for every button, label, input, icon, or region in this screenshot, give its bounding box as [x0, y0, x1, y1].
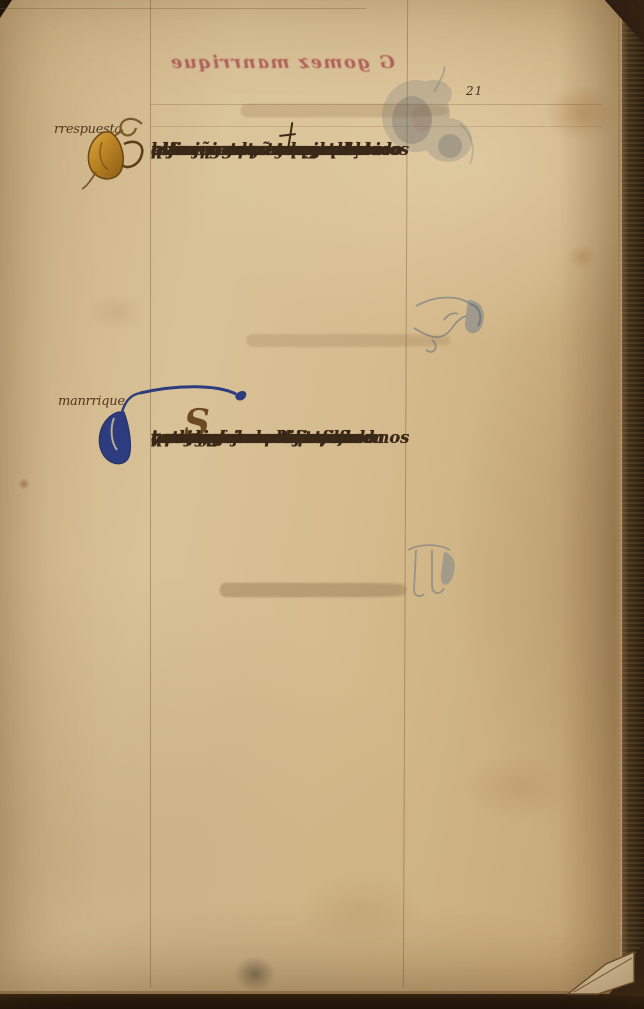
showthrough-line — [222, 585, 384, 595]
grey-letter-mark — [402, 538, 464, 602]
folded-corner — [564, 948, 640, 996]
showthrough-line — [248, 336, 400, 345]
showthrough-line — [222, 585, 406, 595]
page-edge-shadow — [560, 0, 618, 1009]
showthrough-line — [248, 336, 430, 345]
folio-number: 21 — [466, 84, 483, 98]
showthrough-line — [222, 585, 394, 595]
grey-flourish-mark — [408, 284, 504, 360]
showthrough-line — [222, 585, 398, 595]
showthrough-line — [248, 336, 370, 345]
manuscript-page: G gomez manrrique 21 rrespuesta — [0, 0, 644, 1009]
showthrough-line — [248, 336, 410, 345]
showthrough-line — [222, 585, 374, 595]
smudge — [234, 956, 276, 992]
stain — [462, 752, 572, 822]
page-edge-highlight — [616, 0, 622, 1009]
flourish-cross — [279, 133, 296, 137]
top-left-corner — [0, 0, 12, 18]
showthrough-line — [222, 585, 384, 595]
stain — [296, 872, 426, 948]
ink-blot-showthrough — [364, 64, 486, 180]
ruling-line-top — [0, 8, 366, 9]
showthrough-line — [222, 585, 306, 595]
verse-line: catad que vos desafio — [151, 428, 345, 450]
showthrough-line — [222, 585, 364, 595]
stain — [18, 478, 30, 490]
illuminated-initial-V — [78, 114, 154, 194]
bottom-dark-strip — [0, 994, 644, 1009]
showthrough-line — [222, 585, 404, 595]
stain — [86, 292, 146, 332]
verse-line: en vn constante amorio — [151, 140, 364, 162]
